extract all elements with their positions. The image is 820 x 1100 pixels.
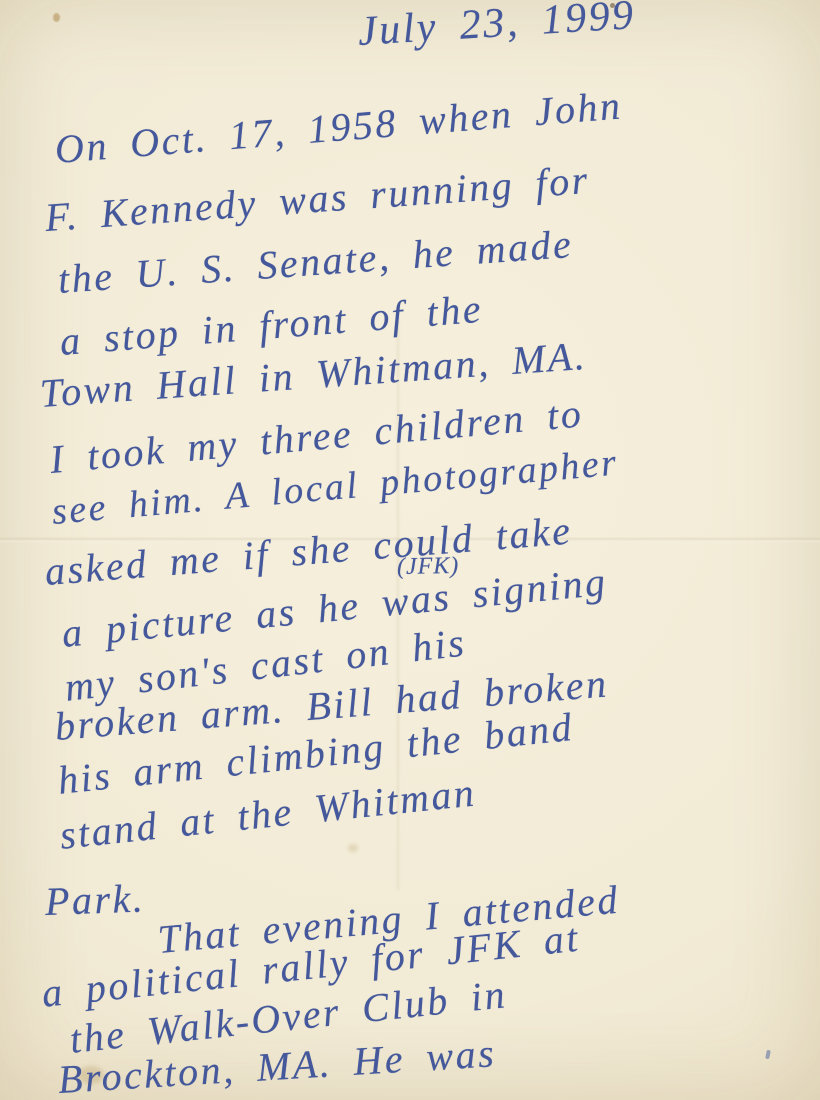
date-line: July 23, 1999	[357, 0, 637, 56]
paper-stain	[348, 844, 358, 852]
stray-ink-mark	[765, 1050, 771, 1060]
letter-paper: July 23, 1999 (JFK) On Oct. 17, 1958 whe…	[0, 0, 820, 1100]
handwriting-line-14: Park.	[44, 875, 146, 925]
paper-stain	[53, 13, 60, 22]
